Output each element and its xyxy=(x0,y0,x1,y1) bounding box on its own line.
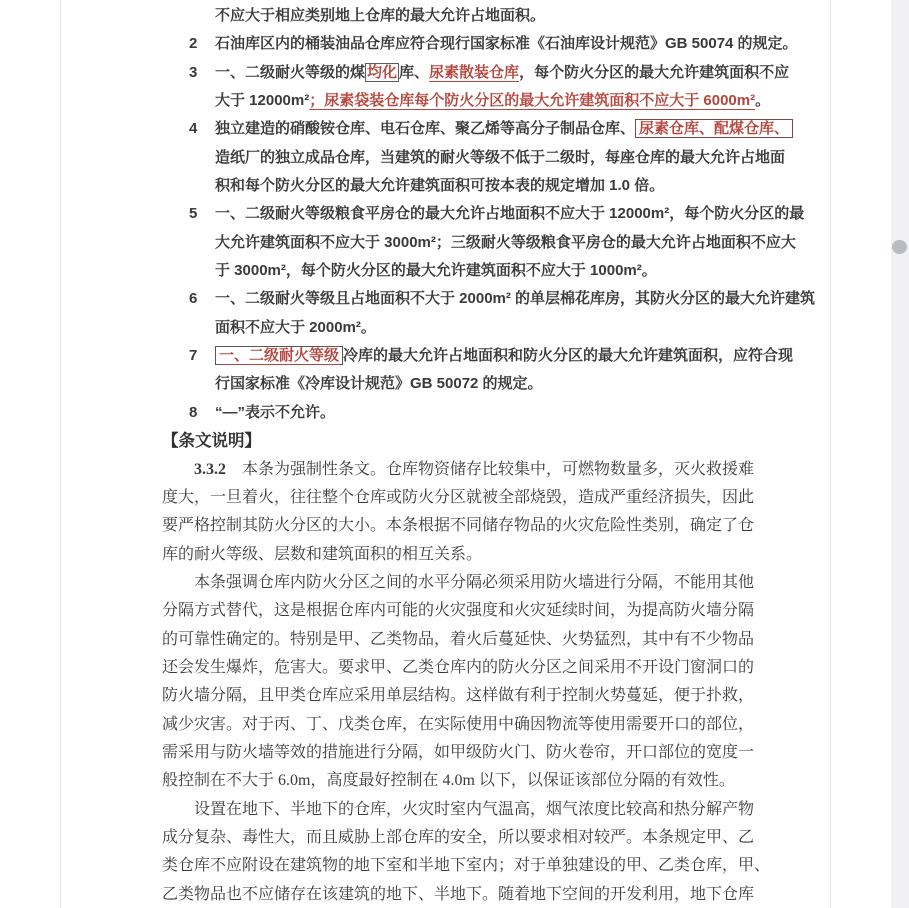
list-number: 4 xyxy=(189,115,197,143)
document-content: 不应大于相应类别地上仓库的最大允许占地面积。2石油库区内的桶装油品仓库应符合现行… xyxy=(162,2,762,908)
text-segment: 防火墙分隔，且甲类仓库应采用单层结构。这样做有利于控制火势蔓延，便于扑救， xyxy=(162,687,754,704)
text-segment: 类仓库不应附设在建筑物的地下室和半地下室内；对于单独建设的甲、乙类仓库，甲、 xyxy=(162,857,770,874)
scroll-thumb-dot[interactable] xyxy=(892,240,907,254)
doc-line: 的可靠性确定的。特别是甲、乙类物品，着火后蔓延快、火势猛烈，其中有不少物品 xyxy=(162,626,762,654)
text-segment: 设置在地下、半地下的仓库，火灾时室内气温高，烟气浓度比较高和热分解产物 xyxy=(194,801,754,818)
text-segment: 本条为强制性条文。仓库物资储存比较集中，可燃物数量多，灭火救援难 xyxy=(226,461,754,478)
doc-line: 大允许建筑面积不应大于 3000m²；三级耐火等级粮食平房仓的最大允许占地面积不… xyxy=(162,229,762,257)
doc-line: 5一、二级耐火等级粮食平房仓的最大允许占地面积不应大于 12000m²，每个防火… xyxy=(162,200,762,228)
text-segment: 本条强调仓库内防火分区之间的水平分隔必须采用防火墙进行分隔，不能用其他 xyxy=(194,574,754,591)
doc-line: 3.3.2 本条为强制性条文。仓库物资储存比较集中，可燃物数量多，灭火救援难 xyxy=(162,456,762,484)
list-number: 5 xyxy=(189,200,197,228)
doc-line: 防火墙分隔，且甲类仓库应采用单层结构。这样做有利于控制火势蔓延，便于扑救， xyxy=(162,682,762,710)
doc-line: 还会发生爆炸，危害大。要求甲、乙类仓库内的防火分区之间采用不开设门窗洞口的 xyxy=(162,654,762,682)
list-number: 6 xyxy=(189,285,197,313)
text-segment: 不应大于相应类别地上仓库的最大允许占地面积。 xyxy=(215,7,545,24)
doc-line: 6一、二级耐火等级且占地面积不大于 2000m² 的单层棉花库房，其防火分区的最… xyxy=(162,285,762,313)
text-segment: 面积不应大于 2000m²。 xyxy=(215,319,376,336)
doc-line: 不应大于相应类别地上仓库的最大允许占地面积。 xyxy=(162,2,762,30)
doc-line: 分隔方式替代，这是根据仓库内可能的火灾强度和火灾延续时间，为提高防火墙分隔 xyxy=(162,597,762,625)
text-segment: 冷库的最大允许占地面积和防火分区的最大允许建筑面积，应符合现 xyxy=(343,347,793,364)
text-segment: 要严格控制其防火分区的大小。本条根据不同储存物品的火灾危险性类别，确定了仓 xyxy=(162,517,754,534)
text-segment: 大允许建筑面积不应大于 3000m²；三级耐火等级粮食平房仓的最大允许占地面积不… xyxy=(215,234,796,251)
section-heading: 【条文说明】 xyxy=(162,427,762,455)
list-number: 7 xyxy=(189,342,197,370)
red-boxed-text: 均化 xyxy=(365,63,399,82)
text-segment: 。 xyxy=(755,92,770,109)
text-segment: 独立建造的硝酸铵仓库、电石仓库、聚乙烯等高分子制品仓库、 xyxy=(215,120,635,137)
doc-line: 要严格控制其防火分区的大小。本条根据不同储存物品的火灾危险性类别，确定了仓 xyxy=(162,512,762,540)
doc-line: 般控制在不大于 6.0m，高度最好控制在 4.0m 以下，以保证该部位分隔的有效… xyxy=(162,767,762,795)
list-number: 3 xyxy=(189,59,197,87)
text-segment: 成分复杂、毒性大，而且威胁上部仓库的安全，所以要求相对较严。本条规定甲、乙 xyxy=(162,829,754,846)
red-boxed-text: 尿素仓库、配煤仓库、 xyxy=(635,119,793,138)
doc-line: 减少灾害。对于丙、丁、戊类仓库，在实际使用中确因物流等使用需要开口的部位， xyxy=(162,711,762,739)
doc-line: 大于 12000m²；尿素袋装仓库每个防火分区的最大允许建筑面积不应大于 600… xyxy=(162,87,762,115)
doc-line: 积和每个防火分区的最大允许建筑面积可按本表的规定增加 1.0 倍。 xyxy=(162,172,762,200)
text-segment: 度大，一旦着火，往往整个仓库或防火分区就被全部烧毁，造成严重经济损失，因此 xyxy=(162,489,754,506)
doc-line: 库的耐火等级、层数和建筑面积的相互关系。 xyxy=(162,541,762,569)
text-segment: 还会发生爆炸，危害大。要求甲、乙类仓库内的防火分区之间采用不开设门窗洞口的 xyxy=(162,659,754,676)
text-segment: 需采用与防火墙等效的措施进行分隔，如甲级防火门、防火卷帘，开口部位的宽度一 xyxy=(162,744,754,761)
text-segment: 于 3000m²，每个防火分区的最大允许建筑面积不应大于 1000m²。 xyxy=(215,262,657,279)
doc-line: 2石油库区内的桶装油品仓库应符合现行国家标准《石油库设计规范》GB 50074 … xyxy=(162,30,762,58)
red-underlined-text: 尿素散装仓库 xyxy=(429,64,519,81)
doc-line: 度大，一旦着火，往往整个仓库或防火分区就被全部烧毁，造成严重经济损失，因此 xyxy=(162,484,762,512)
text-segment: 库、 xyxy=(399,64,429,81)
bold-text: 3.3.2 xyxy=(194,461,226,478)
doc-line: 4独立建造的硝酸铵仓库、电石仓库、聚乙烯等高分子制品仓库、尿素仓库、配煤仓库、 xyxy=(162,115,762,143)
doc-line: 乙类物品也不应储存在该建筑的地下、半地下。随着地下空间的开发利用，地下仓库 xyxy=(162,881,762,908)
doc-line: 行国家标准《冷库设计规范》GB 50072 的规定。 xyxy=(162,370,762,398)
red-underlined-text: ；尿素袋装仓库每个防火分区的最大允许建筑面积不应大于 6000m² xyxy=(309,92,755,109)
text-segment: ，每个防火分区的最大允许建筑面积不应 xyxy=(519,64,789,81)
doc-line: 3一、二级耐火等级的煤均化库、尿素散装仓库，每个防火分区的最大允许建筑面积不应 xyxy=(162,59,762,87)
doc-line: 7一、二级耐火等级冷库的最大允许占地面积和防火分区的最大允许建筑面积，应符合现 xyxy=(162,342,762,370)
scrollbar-track[interactable] xyxy=(891,0,909,908)
doc-line: 于 3000m²，每个防火分区的最大允许建筑面积不应大于 1000m²。 xyxy=(162,257,762,285)
text-segment: 减少灾害。对于丙、丁、戊类仓库，在实际使用中确因物流等使用需要开口的部位， xyxy=(162,716,754,733)
red-boxed-underlined-text: 一、二级耐火等级 xyxy=(215,346,343,365)
text-segment: 行国家标准《冷库设计规范》GB 50072 的规定。 xyxy=(215,375,543,392)
text-segment: 一、二级耐火等级且占地面积不大于 2000m² 的单层棉花库房，其防火分区的最大… xyxy=(215,290,815,307)
text-segment: 的可靠性确定的。特别是甲、乙类物品，着火后蔓延快、火势猛烈，其中有不少物品 xyxy=(162,631,754,648)
doc-line: 造纸厂的独立成品仓库，当建筑的耐火等级不低于二级时，每座仓库的最大允许占地面 xyxy=(162,144,762,172)
text-segment: “—”表示不允许。 xyxy=(215,404,335,421)
doc-line: 设置在地下、半地下的仓库，火灾时室内气温高，烟气浓度比较高和热分解产物 xyxy=(162,796,762,824)
text-segment: 分隔方式替代，这是根据仓库内可能的火灾强度和火灾延续时间，为提高防火墙分隔 xyxy=(162,602,754,619)
list-number: 2 xyxy=(189,30,197,58)
text-segment: 大于 12000m² xyxy=(215,92,309,109)
text-segment: 一、二级耐火等级的煤 xyxy=(215,64,365,81)
text-segment: 般控制在不大于 6.0m，高度最好控制在 4.0m 以下，以保证该部位分隔的有效… xyxy=(162,772,735,789)
text-segment: 石油库区内的桶装油品仓库应符合现行国家标准《石油库设计规范》GB 50074 的… xyxy=(215,35,798,52)
doc-line: 类仓库不应附设在建筑物的地下室和半地下室内；对于单独建设的甲、乙类仓库，甲、 xyxy=(162,852,762,880)
page-edge-line-right xyxy=(830,0,831,908)
doc-line: 需采用与防火墙等效的措施进行分隔，如甲级防火门、防火卷帘，开口部位的宽度一 xyxy=(162,739,762,767)
doc-line: 8“—”表示不允许。 xyxy=(162,399,762,427)
bold-text: 【条文说明】 xyxy=(162,432,261,450)
page-edge-line-left xyxy=(60,0,61,908)
document-viewer: 不应大于相应类别地上仓库的最大允许占地面积。2石油库区内的桶装油品仓库应符合现行… xyxy=(0,0,909,908)
text-segment: 乙类物品也不应储存在该建筑的地下、半地下。随着地下空间的开发利用，地下仓库 xyxy=(162,886,754,903)
text-segment: 造纸厂的独立成品仓库，当建筑的耐火等级不低于二级时，每座仓库的最大允许占地面 xyxy=(215,149,785,166)
text-segment: 一、二级耐火等级粮食平房仓的最大允许占地面积不应大于 12000m²，每个防火分… xyxy=(215,205,804,222)
doc-line: 成分复杂、毒性大，而且威胁上部仓库的安全，所以要求相对较严。本条规定甲、乙 xyxy=(162,824,762,852)
list-number: 8 xyxy=(189,399,197,427)
doc-line: 本条强调仓库内防火分区之间的水平分隔必须采用防火墙进行分隔，不能用其他 xyxy=(162,569,762,597)
text-segment: 积和每个防火分区的最大允许建筑面积可按本表的规定增加 1.0 倍。 xyxy=(215,177,664,194)
doc-line: 面积不应大于 2000m²。 xyxy=(162,314,762,342)
text-segment: 库的耐火等级、层数和建筑面积的相互关系。 xyxy=(162,546,482,563)
